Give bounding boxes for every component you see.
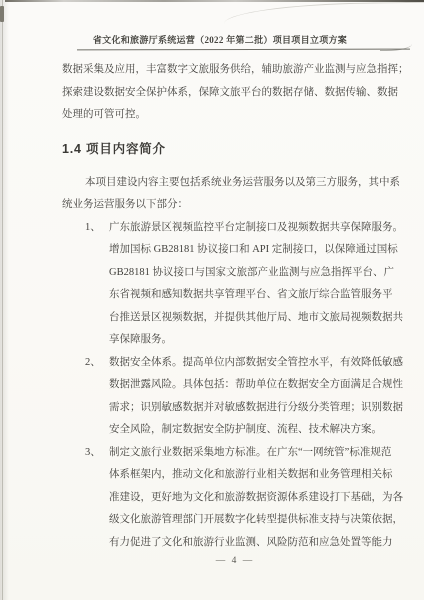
- text-line: 广东旅游景区视频监控平台定制接口及视频数据共享保障服务。: [109, 217, 410, 240]
- text-line: 探索建设数据安全保护体系，保障文旅平台的数据存储、数据传输、数据: [62, 82, 410, 105]
- text-line: 台推送景区视频数据，并提供其他厅局、地市文旅局视频数据共: [109, 307, 410, 330]
- list-number: 1、: [85, 217, 101, 240]
- text-line: 体系框架内，推动文化和旅游行业相关数据和业务管理相关标: [109, 464, 410, 487]
- text-line: 制定文旅行业数据采集地方标准。在广东“一网统管”标准规范: [109, 442, 410, 465]
- text-line: 享保障服务。: [109, 329, 410, 352]
- page-number: — 4 —: [62, 556, 408, 566]
- list-number: 2、: [85, 352, 101, 375]
- text-line: 增加国标 GB28181 协议接口和 API 定制接口，以保障通过国标: [109, 239, 410, 262]
- list-number: 3、: [85, 442, 101, 465]
- text-line: 东省视频和感知数据共享管理平台、省文旅厅综合监管服务平: [109, 284, 410, 307]
- text-line: 数据泄露风险。具体包括：帮助单位在数据安全方面满足合规性: [109, 374, 410, 397]
- text-line: 数据安全体系。提高单位内部数据安全管控水平，有效降低敏感: [109, 352, 410, 375]
- document-header: 省文化和旅游厅系统运营（2022 年第二批）项目项目立项方案: [40, 33, 400, 46]
- header-rule: [77, 49, 410, 51]
- scan-artifact-corner: [0, 6, 4, 22]
- list-item-3: 3、 制定文旅行业数据采集地方标准。在广东“一网统管”标准规范 体系框架内，推动…: [62, 442, 410, 555]
- header-title: 省文化和旅游厅系统运营（2022 年第二批）项目项目立项方案: [93, 35, 347, 45]
- text-line: GB28181 协议接口与国家文旅部产业监测与应急指挥平台、广: [109, 262, 410, 285]
- text-line: 准建设，更好地为文化和旅游数据资源体系建设打下基础，为各: [109, 487, 410, 510]
- document-body: 数据采集及应用，丰富数字文旅服务供给，辅助旅游产业监测与应急指挥； 探索建设数据…: [62, 59, 410, 554]
- text-line: 需求；识别敏感数据并对敏感数据进行分级分类管理；识别数据: [109, 397, 410, 420]
- scan-artifact-curve: [224, 1, 424, 23]
- text-line: 处理的可管可控。: [62, 104, 410, 127]
- text-line: 统业务运营服务以下部分：: [62, 194, 410, 217]
- text-line: 本项目建设内容主要包括系统业务运营服务以及第三方服务，其中系: [62, 172, 410, 195]
- text-line: 数据采集及应用，丰富数字文旅服务供给，辅助旅游产业监测与应急指挥；: [62, 59, 410, 82]
- text-line: 级文化旅游管理部门开展数字化转型提供标准支持与决策依据，: [109, 509, 410, 532]
- text-line: 有力促进了文化和旅游行业监测、风险防范和应急处置等能力: [109, 532, 410, 555]
- list-item-2: 2、 数据安全体系。提高单位内部数据安全管控水平，有效降低敏感 数据泄露风险。具…: [62, 352, 410, 442]
- section-heading: 1.4 项目内容简介: [62, 127, 410, 172]
- text-line: 安全风险，制定数据安全防护制度、流程、技术解决方案。: [109, 419, 410, 442]
- scan-edge-left-line: [2, 0, 3, 600]
- header-rule-tail: [380, 44, 412, 51]
- document-page: 省文化和旅游厅系统运营（2022 年第二批）项目项目立项方案 数据采集及应用，丰…: [0, 0, 424, 600]
- list-item-1: 1、 广东旅游景区视频监控平台定制接口及视频数据共享保障服务。 增加国标 GB2…: [62, 217, 410, 352]
